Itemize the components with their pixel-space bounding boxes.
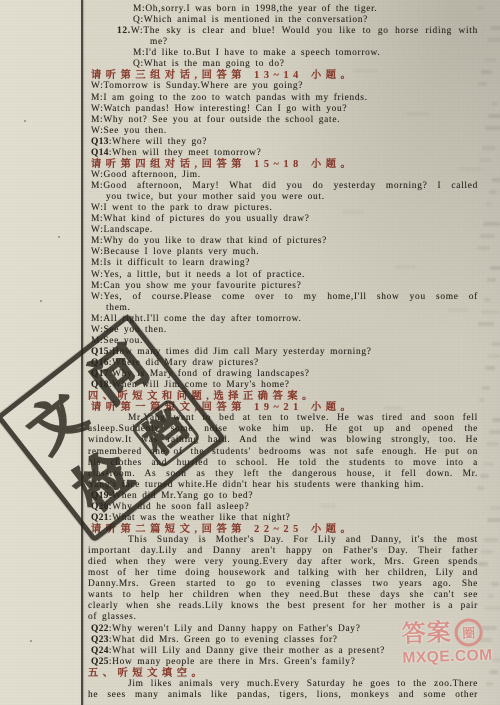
script-line: most of her time doing housework and tal… [88,568,478,579]
listening-instruction: 请听第四组对话,回答第 15~18 小题。 [91,159,478,170]
bleed-through-texture [489,430,500,434]
bleed-through-texture [487,518,500,522]
script-line: W:Good afternoon, Jim. [91,170,478,181]
bleed-through-texture [492,178,500,182]
stamp-character: 检 [65,444,141,520]
stamp-character: 问 [81,336,157,412]
script-line: Q:Which animal is mentioned in the conve… [133,15,478,26]
bleed-through-texture [487,38,500,42]
bleed-through-texture [483,462,494,466]
script-line: M:What kind of pictures do you usually d… [91,214,478,225]
paper-speck [58,236,60,238]
script-line: M:All right.I'll come the day after tomo… [91,314,478,325]
script-line: them. [106,303,478,314]
bleed-through-texture [488,594,494,598]
script-line: M:Is it difficult to learn drawing? [91,258,478,269]
script-line: W:I went to the park to draw pictures. [91,203,478,214]
bleed-through-texture [481,70,492,74]
watermark-logo-icon: 圈 [454,618,483,647]
section-heading: 五、听短文填空。 [88,668,478,679]
script-line: M:I am going to the zoo to watch pandas … [91,93,478,104]
bleed-through-texture [489,670,498,674]
script-line: W:Because I love plants very much. [91,247,478,258]
listening-instruction: 请听第二篇短文,回答第 22~25 小题。 [91,524,478,535]
bleed-through-texture [487,278,496,282]
bleed-through-texture [480,474,489,478]
script-line: M:Can you show me your favourite picture… [91,281,478,292]
script-line: important day.Lily and Danny aren't happ… [88,546,478,557]
bleed-through-texture [490,506,500,510]
bleed-through-texture [490,26,500,30]
answer-site-watermark: 答案 圈 MXQE.COM [401,617,500,668]
script-line: W:Watch pandas! How interesting! Can I g… [91,104,478,115]
bleed-through-texture [491,102,498,106]
script-line: me? [150,37,478,48]
bleed-through-texture [478,82,487,86]
stamp-character: 档 [130,397,201,469]
script-line: he sees many animals like pandas, tigers… [88,690,478,701]
paper-speck [24,120,26,122]
script-line: clearly when she reads.Lily knows the be… [88,601,478,612]
watermark-brand-text: 答案 [401,620,452,648]
bleed-through-texture [477,486,484,490]
bleed-through-texture [478,322,494,326]
bleed-through-texture [481,310,499,314]
bleed-through-texture [485,606,500,610]
watermark-site-text: MXQE.COM [402,646,500,668]
paper-speck [30,640,32,642]
script-line: W:Tomorrow is Sunday.Where are you going… [91,81,478,92]
script-line: died when they were very young.Every day… [88,557,478,568]
bleed-through-texture [484,58,497,62]
question-line: Q21:What was the weather like that night… [91,513,478,524]
bleed-through-texture [491,582,499,586]
script-line: 12.W:The sky is clear and blue! Would yo… [117,26,478,37]
stamp-character: 文 [19,385,95,461]
bleed-through-texture [479,158,491,162]
bleed-through-texture [492,418,500,422]
bleed-through-texture [488,354,500,358]
script-line: wants to help her children when they nee… [88,590,478,601]
script-line: Danny.Mrs. Green started to go to evenin… [88,579,478,590]
bleed-through-texture [484,538,498,542]
script-line: M:Good afternoon, Mary! What did you do … [91,181,478,192]
question-line: Q14:When will they meet tomorrow? [91,148,478,159]
script-line: M:I'd like to.But I have to make a speec… [133,48,478,59]
script-line: M:Why do you like to draw that kind of p… [91,236,478,247]
bleed-through-texture [482,146,496,150]
bleed-through-texture [479,398,485,402]
script-line: This Sunday is Mother's Day. For Lily an… [128,535,478,546]
bleed-through-texture [478,562,488,566]
bleed-through-texture [485,126,500,130]
bleed-through-texture [488,114,500,118]
bleed-through-texture [480,234,495,238]
bleed-through-texture [484,298,491,302]
script-line: you twice, but your mother said you were… [106,192,478,203]
script-line: Q:What is the man going to do? [133,59,478,70]
script-line: W:See you then. [91,126,478,137]
bleed-through-texture [477,246,490,250]
bleed-through-texture [482,386,490,390]
script-line: W:Yes, a little, but it needs a lot of p… [91,270,478,281]
script-line: W:See you then. [91,325,478,336]
bleed-through-texture [481,550,493,554]
bleed-through-texture [491,342,500,346]
listening-instruction: 请听第三组对话,回答第 13~14 小题。 [91,70,478,81]
paper-speck [40,300,42,302]
question-line: Q13:Where will they go? [91,137,478,148]
bleed-through-texture [486,682,493,686]
script-line: Jim likes animals very much.Every Saturd… [128,679,478,690]
bleed-through-texture [486,442,499,446]
script-line: W:Yes, of course.Please come over to my … [91,292,478,303]
bleed-through-texture [490,266,500,270]
script-line: M:Oh,sorry.I was born in 1998,the year o… [133,4,478,15]
script-line: M:Why not? See you at four outside the s… [91,115,478,126]
script-line: W:Landscape. [91,225,478,236]
question-line: Q20:Why did he soon fall asleep? [91,502,478,513]
bleed-through-texture [489,190,497,194]
bleed-through-texture [483,222,500,226]
bleed-through-texture [486,202,492,206]
bleed-through-texture [485,366,495,370]
